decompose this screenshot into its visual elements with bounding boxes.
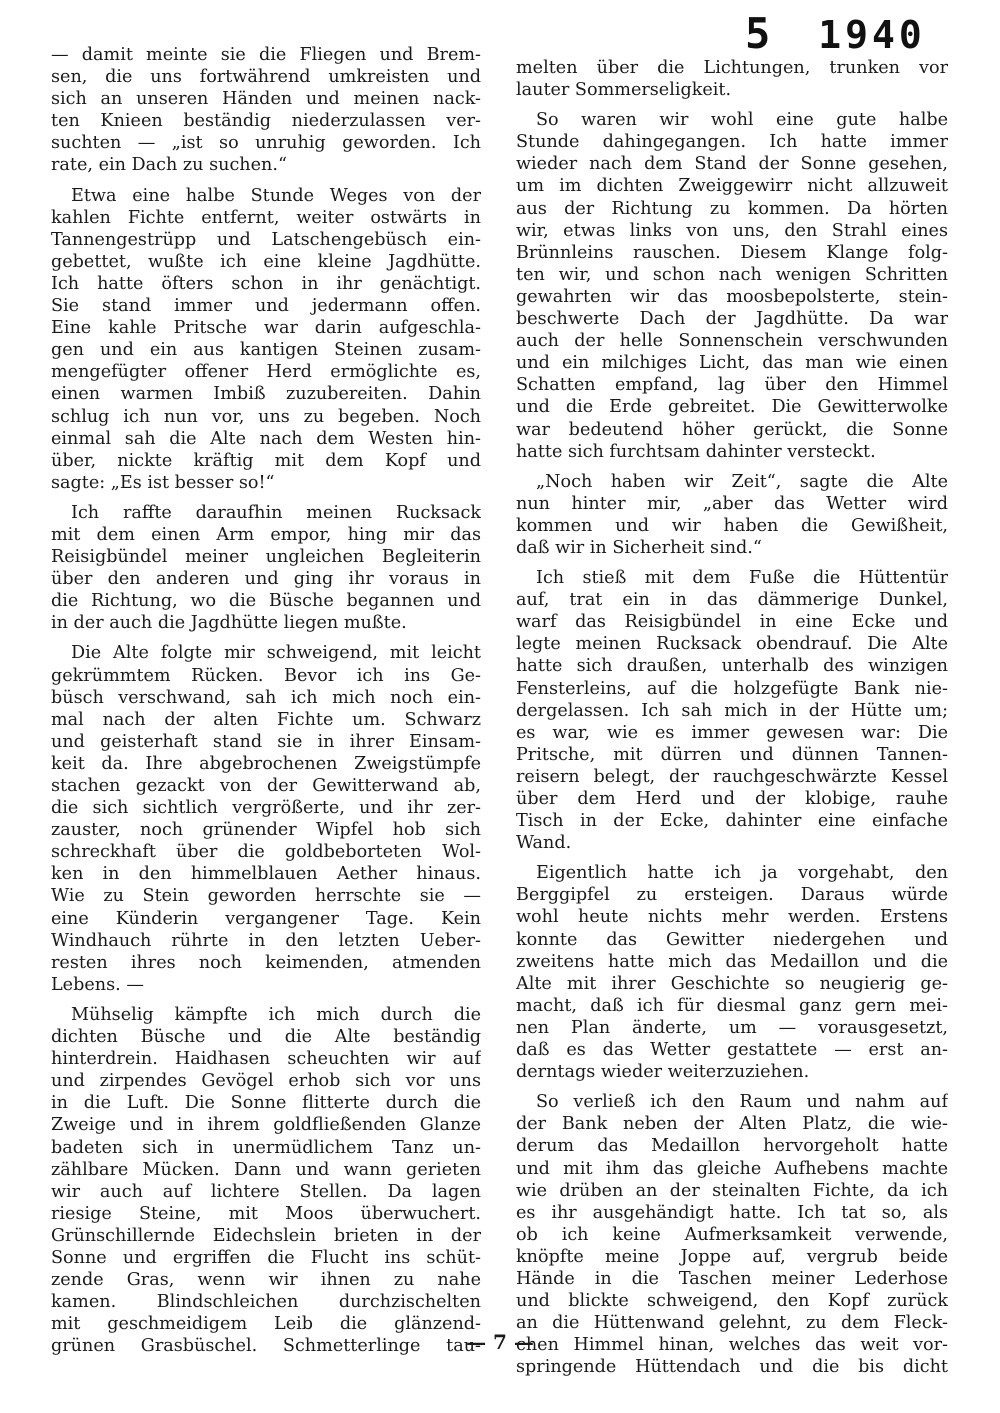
text-line: zauster, noch grünender Wipfel hob sich bbox=[51, 819, 481, 841]
text-line: wir auch auf lichtere Stellen. Da lagen bbox=[51, 1181, 481, 1203]
text-line: hinterdrein. Haidhasen scheuchten wir au… bbox=[51, 1048, 481, 1070]
stamp-number: 5 bbox=[745, 9, 774, 58]
text-line: daß wir in Sicherheit sind.“ bbox=[516, 537, 948, 559]
text-line: und zirpendes Gevögel erhob sich vor uns bbox=[51, 1070, 481, 1092]
text-line: legte meinen Rucksack obendrauf. Die Alt… bbox=[516, 633, 948, 655]
text-line: der Bank neben der Alten Platz, die wie- bbox=[516, 1113, 948, 1135]
text-line: ten Knieen beständig niederzulassen ver- bbox=[51, 110, 481, 132]
text-line: Ich hatte öfters schon in ihr genächtigt… bbox=[51, 273, 481, 295]
text-line: derum das Medaillon hervorgeholt hatte bbox=[516, 1135, 948, 1157]
text-line: nen Plan änderte, um — vorausgesetzt, bbox=[516, 1017, 948, 1039]
text-line: in der auch die Jagdhütte liegen mußte. bbox=[51, 612, 481, 634]
text-line: wir, etwas links von uns, den Strahl ein… bbox=[516, 220, 948, 242]
archive-stamp: 51940 bbox=[745, 14, 926, 55]
text-line: Reisigbündel meiner ungleichen Begleiter… bbox=[51, 546, 481, 568]
text-line: warf das Reisigbündel in eine Ecke und bbox=[516, 611, 948, 633]
right-column: melten über die Lichtungen, trunken vorl… bbox=[516, 57, 948, 1386]
text-line: wie drüben an der steinalten Fichte, da … bbox=[516, 1180, 948, 1202]
text-line: und mit ihm das gleiche Aufhebens machte bbox=[516, 1158, 948, 1180]
text-line: Eigentlich hatte ich ja vorgehabt, den bbox=[516, 862, 948, 884]
text-line: einmal sah die Alte nach dem Westen hin- bbox=[51, 428, 481, 450]
text-line: sen, die uns fortwährend umkreisten und bbox=[51, 66, 481, 88]
text-line: Grünschillernde Eidechslein brieten in d… bbox=[51, 1225, 481, 1247]
text-line: Eine kahle Pritsche war darin aufgeschla… bbox=[51, 317, 481, 339]
text-line: So verließ ich den Raum und nahm auf bbox=[516, 1091, 948, 1113]
text-line: Die Alte folgte mir schweigend, mit leic… bbox=[51, 642, 481, 664]
text-line: Ich raffte daraufhin meinen Rucksack bbox=[51, 502, 481, 524]
left-column: — damit meinte sie die Fliegen und Brem-… bbox=[51, 44, 481, 1365]
text-line: Schatten empfand, lag über den Himmel bbox=[516, 374, 948, 396]
text-line: schreckhaft über die goldbeborteten Wol- bbox=[51, 841, 481, 863]
text-line: es war, wie es immer gewesen war: Die bbox=[516, 722, 948, 744]
paragraph: melten über die Lichtungen, trunken vorl… bbox=[516, 57, 948, 101]
text-line: Sie stand immer und jedermann offen. bbox=[51, 295, 481, 317]
text-line: hatte sich draußen, unterhalb des winzig… bbox=[516, 655, 948, 677]
text-line: macht, daß ich für diesmal ganz gern mei… bbox=[516, 995, 948, 1017]
text-line: beschwerte Dach der Jagdhütte. Da war bbox=[516, 308, 948, 330]
text-line: die sich sichtlich vergrößerte, und ihr … bbox=[51, 797, 481, 819]
text-line: daß es das Wetter gestattete — erst an- bbox=[516, 1039, 948, 1061]
paragraph: — damit meinte sie die Fliegen und Brem-… bbox=[51, 44, 481, 177]
text-line: Zweige und in ihrem goldfließenden Glanz… bbox=[51, 1114, 481, 1136]
text-line: keit da. Ihre abgebrochenen Zweigstümpfe bbox=[51, 753, 481, 775]
text-line: wieder nach dem Stand der Sonne gesehen, bbox=[516, 153, 948, 175]
text-line: über den anderen und ging ihr voraus in bbox=[51, 568, 481, 590]
text-line: und ein milchiges Licht, das man wie ein… bbox=[516, 352, 948, 374]
text-line: auch der helle Sonnenschein verschwunden bbox=[516, 330, 948, 352]
text-line: riesige Steine, mit Moos überwuchert. bbox=[51, 1203, 481, 1225]
text-line: knöpfte meine Joppe auf, vergrub beide bbox=[516, 1246, 948, 1268]
text-line: büsch verschwand, sah ich mich noch ein- bbox=[51, 687, 481, 709]
text-line: hatte sich furchtsam dahinter versteckt. bbox=[516, 441, 948, 463]
text-line: ten wir, und schon nach wenigen Schritte… bbox=[516, 264, 948, 286]
text-line: Lebens. — bbox=[51, 974, 481, 996]
text-line: stachen gezackt von der Gewitterwand ab, bbox=[51, 775, 481, 797]
text-line: Sonne und ergriffen die Flucht ins schüt… bbox=[51, 1247, 481, 1269]
text-line: konnte das Gewitter niedergehen und bbox=[516, 929, 948, 951]
text-line: Etwa eine halbe Stunde Weges von der bbox=[51, 185, 481, 207]
text-line: mengefügter offener Herd ermöglichte es, bbox=[51, 361, 481, 383]
text-line: Stunde dahingegangen. Ich hatte immer bbox=[516, 131, 948, 153]
text-line: Wie zu Stein geworden herrschte sie — bbox=[51, 885, 481, 907]
text-line: über dem Herd und der klobige, rauhe bbox=[516, 788, 948, 810]
text-line: in die Luft. Die Sonne flitterte durch d… bbox=[51, 1092, 481, 1114]
text-line: Hände in die Taschen meiner Lederhose bbox=[516, 1268, 948, 1290]
text-line: einen warmen Imbiß zuzubereiten. Dahin bbox=[51, 383, 481, 405]
text-line: Mühselig kämpfte ich mich durch die bbox=[51, 1004, 481, 1026]
text-line: rate, ein Dach zu suchen.“ bbox=[51, 154, 481, 176]
text-line: sagte: „Es ist besser so!“ bbox=[51, 472, 481, 494]
text-line: melten über die Lichtungen, trunken vor bbox=[516, 57, 948, 79]
text-line: Berggipfel zu ersteigen. Daraus würde bbox=[516, 884, 948, 906]
text-line: und die Erde gebreitet. Die Gewitterwolk… bbox=[516, 396, 948, 418]
text-line: badeten sich in unermüdlichem Tanz un- bbox=[51, 1137, 481, 1159]
text-line: und geisterhaft stand sie in ihrer Einsa… bbox=[51, 731, 481, 753]
text-line: dergelassen. Ich sah mich in der Hütte u… bbox=[516, 700, 948, 722]
text-line: nun hinter mir, „aber das Wetter wird bbox=[516, 493, 948, 515]
text-line: Tisch in der Ecke, dahinter eine einfach… bbox=[516, 810, 948, 832]
paragraph: Eigentlich hatte ich ja vorgehabt, denBe… bbox=[516, 862, 948, 1083]
text-line: suchten — „ist so unruhig geworden. Ich bbox=[51, 132, 481, 154]
text-line: und blickte schweigend, den Kopf zurück bbox=[516, 1290, 948, 1312]
text-line: war bedeutend höher gerückt, die Sonne bbox=[516, 419, 948, 441]
paragraph: Ich stieß mit dem Fuße die Hüttentürauf,… bbox=[516, 567, 948, 854]
text-line: zweitens hatte mich das Medaillon und di… bbox=[516, 951, 948, 973]
text-line: über, nickte kräftig mit dem Kopf und bbox=[51, 450, 481, 472]
text-line: lauter Sommerseligkeit. bbox=[516, 79, 948, 101]
text-line: Fensterleins, auf die holzgefügte Bank n… bbox=[516, 678, 948, 700]
text-line: zende Gras, wenn wir ihnen zu nahe bbox=[51, 1269, 481, 1291]
text-line: reisern belegt, der rauchgeschwärzte Kes… bbox=[516, 766, 948, 788]
text-line: Tannengestrüpp und Latschengebüsch ein- bbox=[51, 229, 481, 251]
paragraph: Die Alte folgte mir schweigend, mit leic… bbox=[51, 642, 481, 996]
text-line: „Noch haben wir Zeit“, sagte die Alte bbox=[516, 471, 948, 493]
stamp-year: 1940 bbox=[818, 13, 926, 57]
text-line: Ich stieß mit dem Fuße die Hüttentür bbox=[516, 567, 948, 589]
text-line: dichten Büsche und die Alte beständig bbox=[51, 1026, 481, 1048]
paragraph: Ich raffte daraufhin meinen Rucksackmit … bbox=[51, 502, 481, 635]
text-line: es ihr ausgehändigt hatte. Ich tat so, a… bbox=[516, 1202, 948, 1224]
text-line: auf, trat ein in das dämmerige Dunkel, bbox=[516, 589, 948, 611]
text-line: Brünnleins rauschen. Diesem Klange folg- bbox=[516, 242, 948, 264]
text-line: sich an unseren Händen und meinen nack- bbox=[51, 88, 481, 110]
text-line: derntags wieder weiterzuziehen. bbox=[516, 1061, 948, 1083]
text-line: kahlen Fichte entfernt, weiter ostwärts … bbox=[51, 207, 481, 229]
text-line: gebettet, wußte ich eine kleine Jagdhütt… bbox=[51, 251, 481, 273]
text-line: springende Hüttendach und die bis dicht bbox=[516, 1356, 948, 1378]
paragraph: „Noch haben wir Zeit“, sagte die Altenun… bbox=[516, 471, 948, 559]
text-line: Windhauch rührte in den letzten Ueber- bbox=[51, 930, 481, 952]
text-line: kommen und wir haben die Gewißheit, bbox=[516, 515, 948, 537]
text-line: wohl heute nichts mehr werden. Erstens bbox=[516, 906, 948, 928]
paragraph: So waren wir wohl eine gute halbeStunde … bbox=[516, 109, 948, 463]
text-line: Alte mit ihrer Geschichte so neugierig g… bbox=[516, 973, 948, 995]
text-line: schlug ich nun vor, uns zu begeben. Noch bbox=[51, 406, 481, 428]
text-line: — damit meinte sie die Fliegen und Brem- bbox=[51, 44, 481, 66]
text-line: mal nach der alten Fichte um. Schwarz bbox=[51, 709, 481, 731]
text-line: gewahrten wir das moosbepolsterte, stein… bbox=[516, 286, 948, 308]
text-line: aus der Richtung zu kommen. Da hörten bbox=[516, 198, 948, 220]
text-line: So waren wir wohl eine gute halbe bbox=[516, 109, 948, 131]
paragraph: Mühselig kämpfte ich mich durch diedicht… bbox=[51, 1004, 481, 1358]
text-line: Pritsche, mit dürren und dünnen Tannen- bbox=[516, 744, 948, 766]
text-line: eine Künderin vergangener Tage. Kein bbox=[51, 908, 481, 930]
text-line: ken in den himmelblauen Aether hinaus. bbox=[51, 863, 481, 885]
text-line: ob ich keine Aufmerksamkeit verwende, bbox=[516, 1224, 948, 1246]
paragraph: Etwa eine halbe Stunde Weges von derkahl… bbox=[51, 185, 481, 494]
text-line: zählbare Mücken. Dann und wann gerieten bbox=[51, 1159, 481, 1181]
text-line: kamen. Blindschleichen durchzischelten bbox=[51, 1291, 481, 1313]
text-line: mit dem einen Arm empor, hing mir das bbox=[51, 524, 481, 546]
page-number: — 7 — bbox=[0, 1330, 1000, 1354]
text-line: um im dichten Zweiggewirr nicht allzuwei… bbox=[516, 175, 948, 197]
text-line: resten ihres noch keimenden, atmenden bbox=[51, 952, 481, 974]
text-line: Wand. bbox=[516, 832, 948, 854]
text-line: gen und ein aus kantigen Steinen zusam- bbox=[51, 339, 481, 361]
text-line: gekrümmtem Rücken. Bevor ich ins Ge- bbox=[51, 665, 481, 687]
text-line: die Richtung, wo die Büsche begannen und bbox=[51, 590, 481, 612]
